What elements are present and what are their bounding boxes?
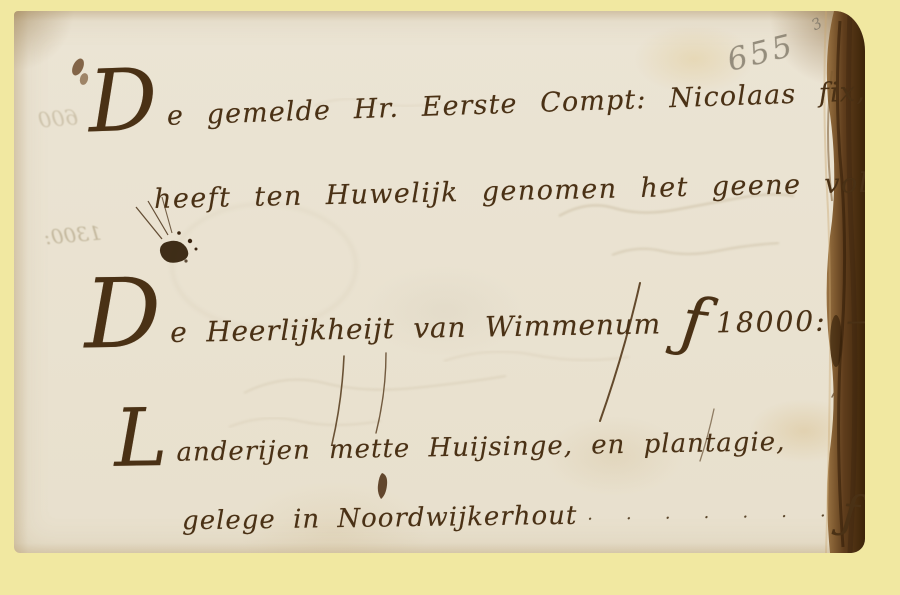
ornate-initial: D <box>83 273 162 356</box>
bleedthrough-number-lower: 1300: <box>43 221 103 250</box>
scanned-page-background: 655 3 600 1300: De gemelde Hr. Eerste Co… <box>0 0 900 595</box>
line-text: anderijen mette Huijsinge, en plantagie, <box>176 427 785 468</box>
florin-sign: ƒ <box>842 511 860 513</box>
amount-value: 18000: —: — <box>716 303 865 340</box>
manuscript-line-3: De Heerlijkheijt van Wimmenumƒ18000: —: … <box>83 256 865 352</box>
ink-smudge-middle <box>378 473 387 499</box>
florin-sign: ƒ <box>681 321 706 324</box>
manuscript-line-2: heeft ten Huwelijk genomen het geene vol… <box>154 166 865 215</box>
ornate-initial: D <box>87 64 160 139</box>
line-text: heeft ten Huwelijk genomen het geene vol… <box>154 166 865 215</box>
line-text: gelege in Noordwijkerhout <box>182 501 578 537</box>
line-text: e gemelde Hr. Eerste Compt: Nicolaas fix… <box>166 76 865 131</box>
dotted-leader: . . . . . . . <box>587 501 836 524</box>
manuscript-line-4: Landerijen mette Huijsinge, en plantagie… <box>113 389 785 469</box>
manuscript-page: 655 3 600 1300: De gemelde Hr. Eerste Co… <box>14 11 865 553</box>
manuscript-line-5: gelege in Noordwijkerhout. . . . . . .ƒ3… <box>182 491 865 537</box>
ornate-initial: L <box>114 404 169 473</box>
line-text: e Heerlijkheijt van Wimmenum <box>170 307 661 349</box>
manuscript-line-1: De gemelde Hr. Eerste Compt: Nicolaas fi… <box>87 35 865 135</box>
bleedthrough-number-upper: 600 <box>37 105 79 132</box>
corner-mark: 3 <box>808 14 825 34</box>
